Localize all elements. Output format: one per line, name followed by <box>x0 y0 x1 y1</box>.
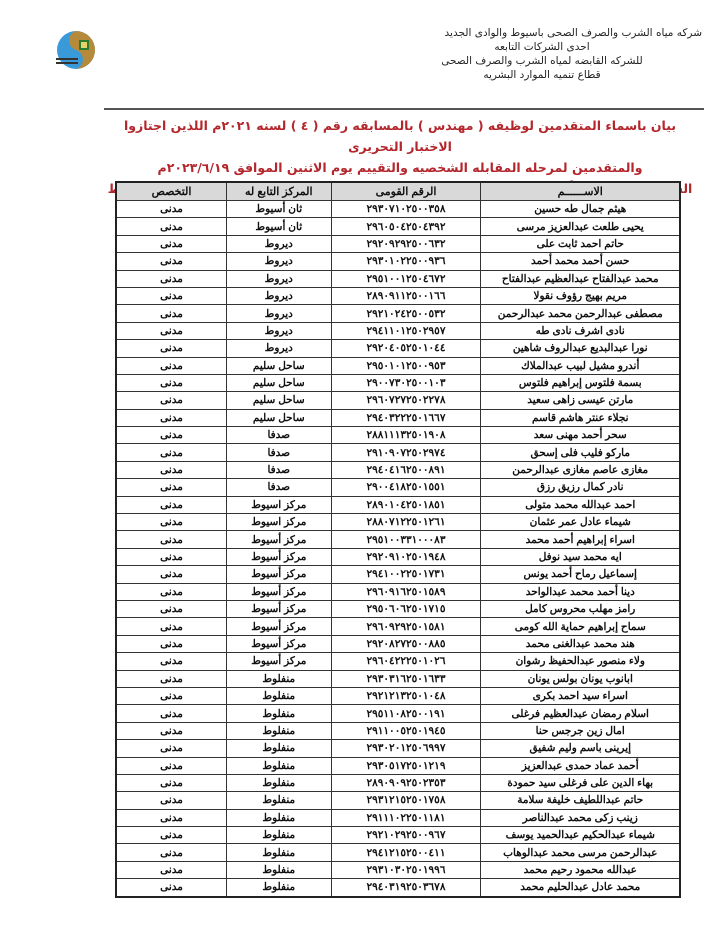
cell-name: محمد عادل عبدالحليم محمد <box>481 879 680 897</box>
cell-specialty: مدنى <box>116 687 227 704</box>
cell-name: مغازى عاصم مغازى عبدالرحمن <box>481 461 680 478</box>
cell-specialty: مدنى <box>116 844 227 861</box>
cell-specialty: مدنى <box>116 600 227 617</box>
cell-center: منفلوط <box>227 687 331 704</box>
table-row: بهاء الدين على فرغلى سيد حمودة٢٨٩٠٩٠٩٢٥٠… <box>116 774 680 791</box>
cell-center: ثان أسيوط <box>227 218 331 235</box>
table-row: محمد عبدالفتاح عبدالعظيم عبدالفتاح٢٩٥١٠٠… <box>116 270 680 287</box>
cell-name: أندرو مشيل لبيب عبدالملاك <box>481 357 680 374</box>
table-row: أندرو مشيل لبيب عبدالملاك٢٩٥٠١٠١٢٥٠٠٩٥٣س… <box>116 357 680 374</box>
title-line-2: والمتقدمين لمرحله المقابله الشخصيه والتق… <box>100 157 700 178</box>
cell-specialty: مدنى <box>116 479 227 496</box>
table-row: مغازى عاصم مغازى عبدالرحمن٢٩٤٠٤١٦٢٥٠٠٨٩١… <box>116 461 680 478</box>
cell-center: منفلوط <box>227 844 331 861</box>
table-row: حاتم عبداللطيف خليفة سلامة٢٩٣١٢١٥٢٥٠١٧٥٨… <box>116 792 680 809</box>
table-row: إسماعيل رماح أحمد يونس٢٩٤١٠٠٢٢٥٠١٧٣١مركز… <box>116 566 680 583</box>
cell-specialty: مدنى <box>116 705 227 722</box>
cell-center: مركز أسيوط <box>227 653 331 670</box>
table-row: مريم بهيج رؤوف نقولا٢٨٩٠٩١١٢٥٠٠١٦٦ديروطم… <box>116 287 680 304</box>
cell-national-id: ٢٩١٠٩٠٧٢٥٠٢٩٧٤ <box>331 444 481 461</box>
table-row: شيماء عبدالحكيم عبدالحميد يوسف٢٩٢١٠٢٩٢٥٠… <box>116 827 680 844</box>
cell-center: مركز أسيوط <box>227 583 331 600</box>
cell-specialty: مدنى <box>116 514 227 531</box>
table-row: شيماء عادل عمر عثمان٢٨٨٠٧١٢٢٥٠١٢٦١مركز ا… <box>116 514 680 531</box>
cell-center: ديروط <box>227 305 331 322</box>
cell-specialty: مدنى <box>116 427 227 444</box>
cell-name: دينا أحمد محمد عبدالواحد <box>481 583 680 600</box>
cell-national-id: ٢٩٥١١٠٨٢٥٠٠١٩١ <box>331 705 481 722</box>
table-row: اسلام رمضان عبدالعظيم فرغلى٢٩٥١١٠٨٢٥٠٠١٩… <box>116 705 680 722</box>
cell-national-id: ٢٩٣١٠٣٠٢٥٠١٩٩٦ <box>331 861 481 878</box>
cell-center: صدفا <box>227 444 331 461</box>
table-row: رامز مهلب محروس كامل٢٩٥٠٦٠٦٢٥٠١٧١٥مركز أ… <box>116 600 680 617</box>
cell-name: نجلاء عنتر هاشم قاسم <box>481 409 680 426</box>
table-row: ابانوب يونان بولس يونان٢٩٣٠٣١٦٢٥٠١٦٣٣منف… <box>116 670 680 687</box>
table-row: ايه محمد سيد نوفل٢٩٢٠٩١٠٢٥٠١٩٤٨مركز أسيو… <box>116 548 680 565</box>
column-header-name: الاســــــم <box>481 182 680 201</box>
cell-specialty: مدنى <box>116 444 227 461</box>
table-row: عبدالله محمود رحيم محمد٢٩٣١٠٣٠٢٥٠١٩٩٦منف… <box>116 861 680 878</box>
cell-name: امال زين جرجس حنا <box>481 722 680 739</box>
cell-specialty: مدنى <box>116 357 227 374</box>
cell-national-id: ٢٩٣٠٢٠١٢٥٠٦٩٩٧ <box>331 740 481 757</box>
cell-specialty: مدنى <box>116 809 227 826</box>
cell-center: صدفا <box>227 461 331 478</box>
cell-name: مارتن عيسى زاهى سعيد <box>481 392 680 409</box>
table-row: سحر أحمد مهنى سعد٢٨٨١١١٣٢٥٠١٩٠٨صدفامدنى <box>116 427 680 444</box>
cell-specialty: مدنى <box>116 461 227 478</box>
department: قطاع تنميه الموارد البشريه <box>382 68 702 82</box>
cell-specialty: مدنى <box>116 496 227 513</box>
cell-name: نورا عبدالبديع عبدالروف شاهين <box>481 340 680 357</box>
table-row: دينا أحمد محمد عبدالواحد٢٩٦٠٩١٦٢٥٠١٥٨٩مر… <box>116 583 680 600</box>
cell-name: سحر أحمد مهنى سعد <box>481 427 680 444</box>
cell-national-id: ٢٩٢٠٨٢٧٢٥٠٠٨٨٥ <box>331 635 481 652</box>
cell-specialty: مدنى <box>116 618 227 635</box>
cell-specialty: مدنى <box>116 566 227 583</box>
cell-name: اسراء سيد احمد بكرى <box>481 687 680 704</box>
table-row: ولاء منصور عبدالحفيظ رشوان٢٩٦٠٤٢٢٢٥٠١٠٢٦… <box>116 653 680 670</box>
cell-name: نادى اشرف نادى طه <box>481 322 680 339</box>
cell-name: ايه محمد سيد نوفل <box>481 548 680 565</box>
cell-center: منفلوط <box>227 722 331 739</box>
cell-national-id: ٢٩٣٠٧١٠٢٥٠٠٣٥٨ <box>331 201 481 218</box>
cell-name: حاتم عبداللطيف خليفة سلامة <box>481 792 680 809</box>
table-row: امال زين جرجس حنا٢٩١١٠٠٥٢٥٠١٩٤٥منفلوطمدن… <box>116 722 680 739</box>
cell-center: ساحل سليم <box>227 357 331 374</box>
cell-center: منفلوط <box>227 705 331 722</box>
cell-name: أحمد عماد حمدى عبدالعزيز <box>481 757 680 774</box>
cell-name: إسماعيل رماح أحمد يونس <box>481 566 680 583</box>
cell-national-id: ٢٨٩٠٩١١٢٥٠٠١٦٦ <box>331 287 481 304</box>
cell-center: منفلوط <box>227 809 331 826</box>
cell-name: هند محمد عبدالغنى محمد <box>481 635 680 652</box>
table-row: مارتن عيسى زاهى سعيد٢٩٦٠٧٢٧٢٥٠٢٢٧٨ساحل س… <box>116 392 680 409</box>
cell-national-id: ٢٩٤١١٠١٢٥٠٢٩٥٧ <box>331 322 481 339</box>
company-logo <box>52 26 102 72</box>
cell-national-id: ٢٨٨٠٧١٢٢٥٠١٢٦١ <box>331 514 481 531</box>
table-row: سماح إبراهيم حماية الله كومى٢٩٦٠٩٢٩٢٥٠١٥… <box>116 618 680 635</box>
cell-national-id: ٢٩٥١٠٠٣٣١٠٠٠٨٣ <box>331 531 481 548</box>
cell-name: سماح إبراهيم حماية الله كومى <box>481 618 680 635</box>
cell-national-id: ٢٩٣٠٥١٧٢٥٠١٢١٩ <box>331 757 481 774</box>
cell-name: هيثم جمال طه حسين <box>481 201 680 218</box>
cell-center: ديروط <box>227 287 331 304</box>
cell-name: يحيى طلعت عبدالعزيز مرسى <box>481 218 680 235</box>
cell-national-id: ٢٩٣٠١٠٢٢٥٠٠٩٣٦ <box>331 253 481 270</box>
column-header-national-id: الرقم القومى <box>331 182 481 201</box>
cell-national-id: ٢٩٦٠٩١٦٢٥٠١٥٨٩ <box>331 583 481 600</box>
header-divider <box>104 108 704 110</box>
table-row: حاتم احمد ثابت على٢٩٢٠٩٢٩٢٥٠٠٦٣٢ديروطمدن… <box>116 235 680 252</box>
candidates-table: الاســــــم الرقم القومى المركز التابع ل… <box>115 181 681 898</box>
cell-national-id: ٢٩١١١٠٢٢٥٠١١٨١ <box>331 809 481 826</box>
cell-specialty: مدنى <box>116 218 227 235</box>
cell-national-id: ٢٩٣١٢١٥٢٥٠١٧٥٨ <box>331 792 481 809</box>
cell-name: ابانوب يونان بولس يونان <box>481 670 680 687</box>
cell-national-id: ٢٩٦٠٤٢٢٢٥٠١٠٢٦ <box>331 653 481 670</box>
table-row: عبدالرحمن مرسى محمد عبدالوهاب٢٩٤١٢١٥٢٥٠٠… <box>116 844 680 861</box>
table-row: بسمة فلتوس إبراهيم فلتوس٢٩٠٠٧٣٠٢٥٠٠١٠٣سا… <box>116 374 680 391</box>
cell-center: منفلوط <box>227 757 331 774</box>
cell-national-id: ٢٩٦٠٥٠٤٢٥٠٤٣٩٢ <box>331 218 481 235</box>
cell-national-id: ٢٨٨١١١٣٢٥٠١٩٠٨ <box>331 427 481 444</box>
cell-national-id: ٢٩٢٠٩١٠٢٥٠١٩٤٨ <box>331 548 481 565</box>
cell-center: ديروط <box>227 270 331 287</box>
table-body: هيثم جمال طه حسين٢٩٣٠٧١٠٢٥٠٠٣٥٨ثان أسيوط… <box>116 201 680 897</box>
cell-specialty: مدنى <box>116 827 227 844</box>
cell-name: عبدالرحمن مرسى محمد عبدالوهاب <box>481 844 680 861</box>
cell-specialty: مدنى <box>116 340 227 357</box>
cell-national-id: ٢٩٢١٢١٣٢٥٠١٠٤٨ <box>331 687 481 704</box>
cell-specialty: مدنى <box>116 409 227 426</box>
cell-specialty: مدنى <box>116 879 227 897</box>
table-row: ماركو فليب فلى إسحق٢٩١٠٩٠٧٢٥٠٢٩٧٤صدفامدن… <box>116 444 680 461</box>
cell-specialty: مدنى <box>116 740 227 757</box>
cell-name: بسمة فلتوس إبراهيم فلتوس <box>481 374 680 391</box>
cell-center: منفلوط <box>227 879 331 897</box>
table-row: اسراء إبراهيم أحمد محمد٢٩٥١٠٠٣٣١٠٠٠٨٣مرك… <box>116 531 680 548</box>
cell-national-id: ٢٩٥١٠٠١٢٥٠٤٦٧٢ <box>331 270 481 287</box>
cell-center: ساحل سليم <box>227 374 331 391</box>
column-header-center: المركز التابع له <box>227 182 331 201</box>
cell-national-id: ٢٩٦٠٧٢٧٢٥٠٢٢٧٨ <box>331 392 481 409</box>
table-row: نادى اشرف نادى طه٢٩٤١١٠١٢٥٠٢٩٥٧ديروطمدنى <box>116 322 680 339</box>
cell-center: مركز أسيوط <box>227 548 331 565</box>
cell-specialty: مدنى <box>116 392 227 409</box>
cell-specialty: مدنى <box>116 583 227 600</box>
cell-name: إيرينى باسم وليم شفيق <box>481 740 680 757</box>
cell-specialty: مدنى <box>116 653 227 670</box>
table-row: اسراء سيد احمد بكرى٢٩٢١٢١٣٢٥٠١٠٤٨منفلوطم… <box>116 687 680 704</box>
cell-specialty: مدنى <box>116 253 227 270</box>
cell-center: ثان أسيوط <box>227 201 331 218</box>
table-header-row: الاســــــم الرقم القومى المركز التابع ل… <box>116 182 680 201</box>
cell-national-id: ٢٩٦٠٩٢٩٢٥٠١٥٨١ <box>331 618 481 635</box>
cell-name: احمد عبدالله محمد متولى <box>481 496 680 513</box>
cell-name: مريم بهيج رؤوف نقولا <box>481 287 680 304</box>
table-row: يحيى طلعت عبدالعزيز مرسى٢٩٦٠٥٠٤٢٥٠٤٣٩٢ثا… <box>116 218 680 235</box>
cell-national-id: ٢٨٩٠٩٠٩٢٥٠٢٣٥٣ <box>331 774 481 791</box>
cell-national-id: ٢٩٤٠٤١٦٢٥٠٠٨٩١ <box>331 461 481 478</box>
cell-specialty: مدنى <box>116 774 227 791</box>
cell-name: محمد عبدالفتاح عبدالعظيم عبدالفتاح <box>481 270 680 287</box>
cell-center: مركز أسيوط <box>227 566 331 583</box>
title-line-1: بيان باسماء المتقدمين لوظيفه ( مهندس ) ب… <box>100 115 700 157</box>
cell-name: شيماء عادل عمر عثمان <box>481 514 680 531</box>
cell-national-id: ٢٩١١٠٠٥٢٥٠١٩٤٥ <box>331 722 481 739</box>
company-subsidiary: احدى الشركات التابعه <box>382 40 702 54</box>
cell-center: ديروط <box>227 235 331 252</box>
holding-company: للشركه القابضه لمياه الشرب والصرف الصحى <box>382 54 702 68</box>
cell-name: زينب زكى محمد عبدالناصر <box>481 809 680 826</box>
cell-center: مركز أسيوط <box>227 600 331 617</box>
cell-center: ديروط <box>227 340 331 357</box>
table-row: أحمد عماد حمدى عبدالعزيز٢٩٣٠٥١٧٢٥٠١٢١٩من… <box>116 757 680 774</box>
cell-specialty: مدنى <box>116 792 227 809</box>
cell-name: اسراء إبراهيم أحمد محمد <box>481 531 680 548</box>
table-row: نجلاء عنتر هاشم قاسم٢٩٤٠٣٢٢٢٥٠١٦٦٧ساحل س… <box>116 409 680 426</box>
cell-specialty: مدنى <box>116 287 227 304</box>
cell-national-id: ٢٩٤٠٣٢٢٢٥٠١٦٦٧ <box>331 409 481 426</box>
cell-center: مركز أسيوط <box>227 635 331 652</box>
cell-center: مركز اسيوط <box>227 514 331 531</box>
cell-specialty: مدنى <box>116 235 227 252</box>
cell-center: مركز أسيوط <box>227 618 331 635</box>
cell-name: مصطفى عبدالرحمن محمد عبدالرحمن <box>481 305 680 322</box>
cell-national-id: ٢٩٢١٠٢٩٢٥٠٠٩٦٧ <box>331 827 481 844</box>
cell-specialty: مدنى <box>116 722 227 739</box>
cell-center: منفلوط <box>227 861 331 878</box>
table-row: حسن أحمد محمد أحمد٢٩٣٠١٠٢٢٥٠٠٩٣٦ديروطمدن… <box>116 253 680 270</box>
cell-center: مركز أسيوط <box>227 531 331 548</box>
cell-center: ساحل سليم <box>227 392 331 409</box>
company-header: شركه مياه الشرب والصرف الصحى باسيوط والو… <box>382 26 702 82</box>
table-row: نادر كمال رزيق رزق٢٩٠٠٤١٨٢٥٠١٥٥١صدفامدنى <box>116 479 680 496</box>
cell-specialty: مدنى <box>116 270 227 287</box>
cell-name: نادر كمال رزيق رزق <box>481 479 680 496</box>
table-row: هند محمد عبدالغنى محمد٢٩٢٠٨٢٧٢٥٠٠٨٨٥مركز… <box>116 635 680 652</box>
cell-national-id: ٢٩٢٠٤٠٥٢٥٠١٠٤٤ <box>331 340 481 357</box>
cell-national-id: ٢٨٩٠١٠٤٢٥٠١٨٥١ <box>331 496 481 513</box>
cell-name: رامز مهلب محروس كامل <box>481 600 680 617</box>
cell-national-id: ٢٩٤١٢١٥٢٥٠٠٤١١ <box>331 844 481 861</box>
cell-center: منفلوط <box>227 774 331 791</box>
column-header-specialty: التخصص <box>116 182 227 201</box>
cell-specialty: مدنى <box>116 201 227 218</box>
cell-specialty: مدنى <box>116 531 227 548</box>
cell-specialty: مدنى <box>116 305 227 322</box>
cell-name: عبدالله محمود رحيم محمد <box>481 861 680 878</box>
table-row: إيرينى باسم وليم شفيق٢٩٣٠٢٠١٢٥٠٦٩٩٧منفلو… <box>116 740 680 757</box>
cell-specialty: مدنى <box>116 757 227 774</box>
cell-name: حسن أحمد محمد أحمد <box>481 253 680 270</box>
cell-national-id: ٢٩٢٠٩٢٩٢٥٠٠٦٣٢ <box>331 235 481 252</box>
cell-name: حاتم احمد ثابت على <box>481 235 680 252</box>
cell-specialty: مدنى <box>116 374 227 391</box>
cell-national-id: ٢٩٥٠٦٠٦٢٥٠١٧١٥ <box>331 600 481 617</box>
cell-national-id: ٢٩٤١٠٠٢٢٥٠١٧٣١ <box>331 566 481 583</box>
cell-national-id: ٢٩٣٠٣١٦٢٥٠١٦٣٣ <box>331 670 481 687</box>
table-row: هيثم جمال طه حسين٢٩٣٠٧١٠٢٥٠٠٣٥٨ثان أسيوط… <box>116 201 680 218</box>
cell-name: شيماء عبدالحكيم عبدالحميد يوسف <box>481 827 680 844</box>
cell-national-id: ٢٩٤٠٣١٩٢٥٠٣٦٧٨ <box>331 879 481 897</box>
cell-national-id: ٢٩٠٠٤١٨٢٥٠١٥٥١ <box>331 479 481 496</box>
cell-name: ماركو فليب فلى إسحق <box>481 444 680 461</box>
cell-center: منفلوط <box>227 670 331 687</box>
cell-specialty: مدنى <box>116 670 227 687</box>
cell-national-id: ٢٩٥٠١٠١٢٥٠٠٩٥٣ <box>331 357 481 374</box>
cell-specialty: مدنى <box>116 548 227 565</box>
cell-center: صدفا <box>227 427 331 444</box>
cell-name: اسلام رمضان عبدالعظيم فرغلى <box>481 705 680 722</box>
cell-center: منفلوط <box>227 827 331 844</box>
cell-center: ديروط <box>227 322 331 339</box>
cell-center: منفلوط <box>227 740 331 757</box>
cell-name: بهاء الدين على فرغلى سيد حمودة <box>481 774 680 791</box>
table-row: احمد عبدالله محمد متولى٢٨٩٠١٠٤٢٥٠١٨٥١مرك… <box>116 496 680 513</box>
cell-national-id: ٢٩٠٠٧٣٠٢٥٠٠١٠٣ <box>331 374 481 391</box>
cell-center: صدفا <box>227 479 331 496</box>
table-row: مصطفى عبدالرحمن محمد عبدالرحمن٢٩٢١٠٢٤٢٥٠… <box>116 305 680 322</box>
table-row: محمد عادل عبدالحليم محمد٢٩٤٠٣١٩٢٥٠٣٦٧٨من… <box>116 879 680 897</box>
cell-name: ولاء منصور عبدالحفيظ رشوان <box>481 653 680 670</box>
cell-center: منفلوط <box>227 792 331 809</box>
table-row: زينب زكى محمد عبدالناصر٢٩١١١٠٢٢٥٠١١٨١منف… <box>116 809 680 826</box>
company-name: شركه مياه الشرب والصرف الصحى باسيوط والو… <box>382 26 702 40</box>
cell-center: ديروط <box>227 253 331 270</box>
table-row: نورا عبدالبديع عبدالروف شاهين٢٩٢٠٤٠٥٢٥٠١… <box>116 340 680 357</box>
cell-specialty: مدنى <box>116 861 227 878</box>
cell-center: مركز اسيوط <box>227 496 331 513</box>
cell-specialty: مدنى <box>116 322 227 339</box>
cell-specialty: مدنى <box>116 635 227 652</box>
cell-center: ساحل سليم <box>227 409 331 426</box>
cell-national-id: ٢٩٢١٠٢٤٢٥٠٠٥٣٢ <box>331 305 481 322</box>
